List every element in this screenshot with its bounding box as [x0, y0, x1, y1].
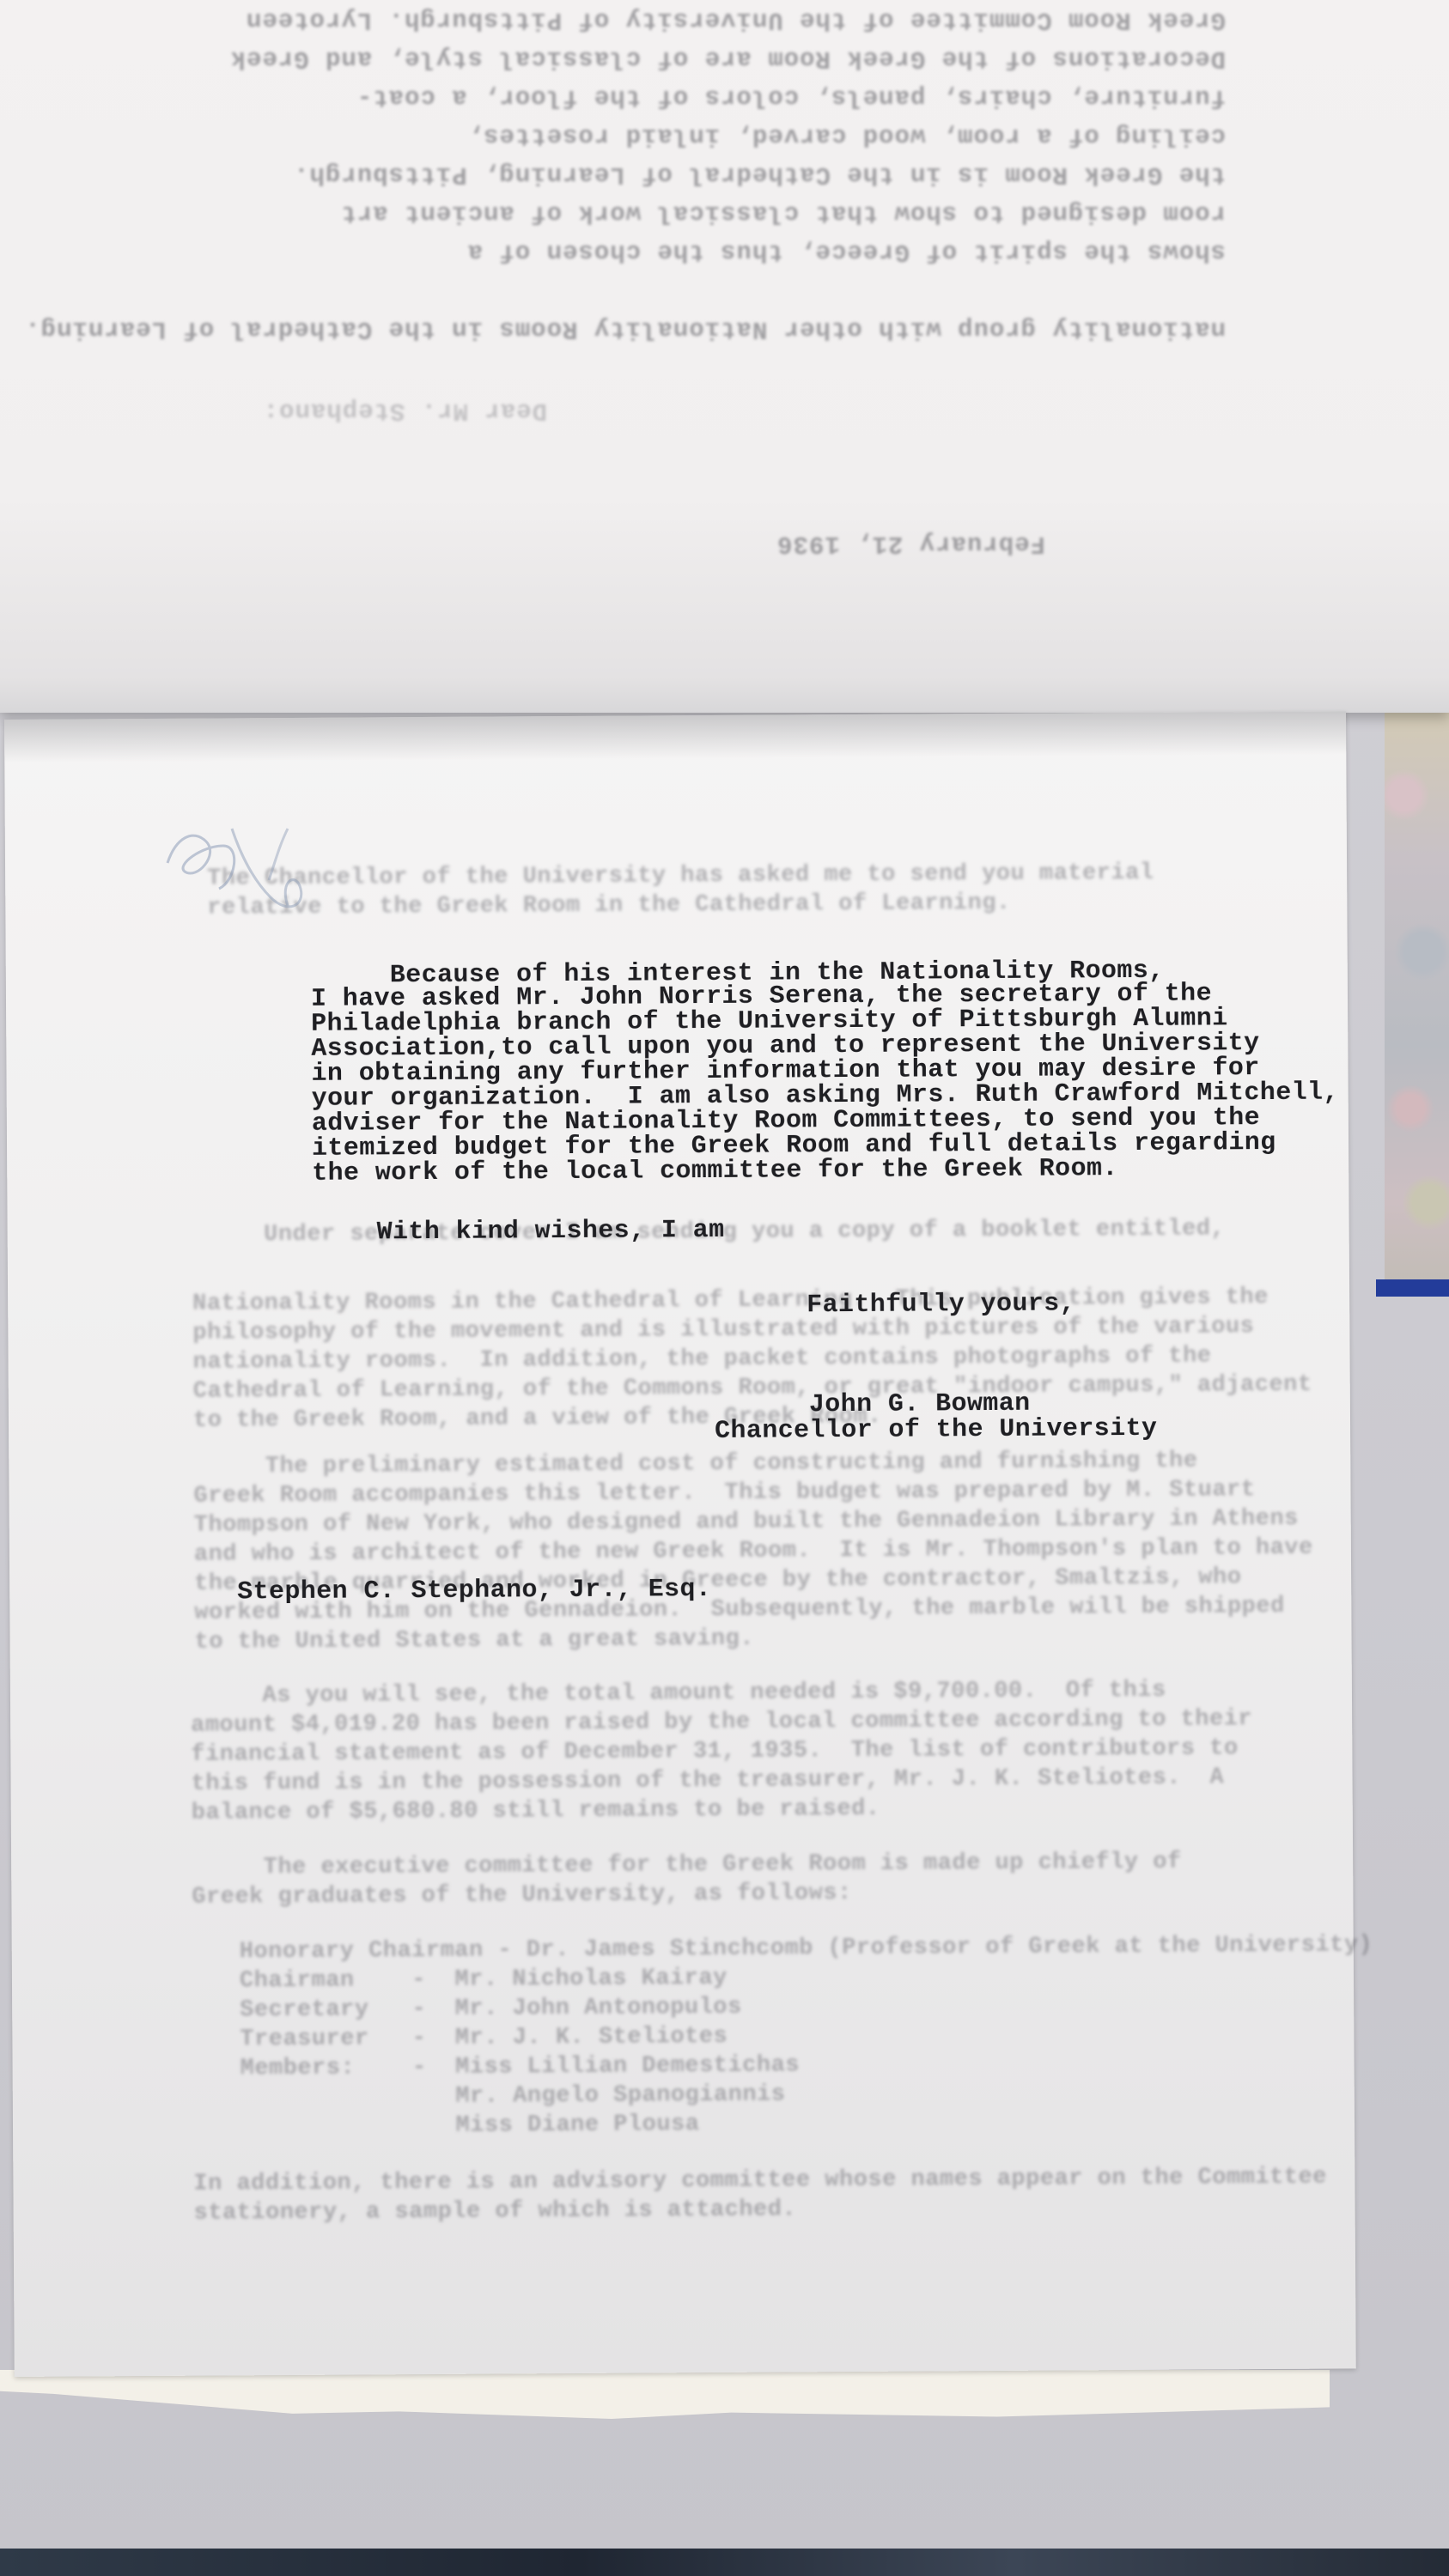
bleed-line: Cathedral of Learning, of the Commons Ro…: [193, 1370, 1312, 1406]
marbled-book-cover: [1385, 670, 1449, 1297]
reverse-page: February 21, 1936 Dear Mr. Stephano: nat…: [0, 0, 1449, 713]
signer-title: Chancellor of the University: [715, 1413, 1158, 1447]
bleed-committee-line: Honorary Chairman - Dr. James Stinchcomb…: [240, 1930, 1373, 1966]
bleed-committee-line: Members: - Miss Lillian Demestichas: [240, 2050, 801, 2083]
mirrored-salutation: Dear Mr. Stephano:: [263, 397, 547, 425]
mirrored-date: February 21, 1936: [776, 530, 1045, 558]
mirrored-line: Greek Room Committee of the University o…: [246, 6, 1226, 34]
mirrored-line: Decorations of the Greek Room are of cla…: [230, 45, 1226, 73]
bleed-line: this fund is in the possession of the tr…: [191, 1763, 1224, 1798]
closing-line: With kind wishes, I am: [377, 1215, 725, 1248]
mirrored-text-area: February 21, 1936 Dear Mr. Stephano: nat…: [0, 0, 1449, 713]
mirrored-line: furniture, chairs, panels, colors of the…: [356, 83, 1226, 112]
dark-edge: [0, 2549, 1449, 2576]
bleed-line: to the United States at a great saving.: [194, 1625, 754, 1657]
bleed-committee-line: Miss Diane Plousa: [240, 2110, 700, 2142]
mirrored-line: shows the spirit of Greece, thus the cho…: [467, 238, 1226, 266]
letter-line: the work of the local committee for the …: [312, 1153, 1118, 1189]
bleed-committee-line: Mr. Angelo Spanogiannis: [240, 2080, 786, 2112]
bleed-line: balance of $5,680.80 still remains to be…: [192, 1795, 880, 1828]
bleed-line: The executive committee for the Greek Ro…: [192, 1848, 1182, 1883]
handwritten-annotation: [159, 811, 331, 940]
book-cover-blue-edge: [1376, 1279, 1449, 1297]
addressee: Stephen C. Stephano, Jr., Esq.: [237, 1574, 711, 1607]
bleed-line: Greek graduates of the University, as fo…: [192, 1879, 852, 1912]
valediction: Faithfully yours,: [807, 1288, 1075, 1321]
mirrored-line: room designed to show that classical wor…: [340, 199, 1226, 228]
mirrored-line: ceiling of a room, wood carved, inlaid r…: [467, 122, 1226, 150]
bleed-line: In addition, there is an advisory commit…: [193, 2163, 1327, 2199]
letter-page: The Chancellor of the University has ask…: [4, 711, 1356, 2377]
bleed-line: The Chancellor of the University has ask…: [207, 859, 1154, 894]
bleed-committee-line: Treasurer - Mr. J. K. Steliotes: [240, 2022, 728, 2054]
mirrored-line: nationality group with other Nationality…: [24, 315, 1226, 343]
bleed-committee-line: Chairman - Mr. Nicholas Kairay: [240, 1964, 728, 1996]
bleed-committee-line: Secretary - Mr. John Antonopulos: [240, 1993, 742, 2026]
bleed-line: stationery, a sample of which is attache…: [194, 2195, 797, 2227]
mirrored-line: the Greek Room is in the Cathedral of Le…: [293, 161, 1226, 189]
